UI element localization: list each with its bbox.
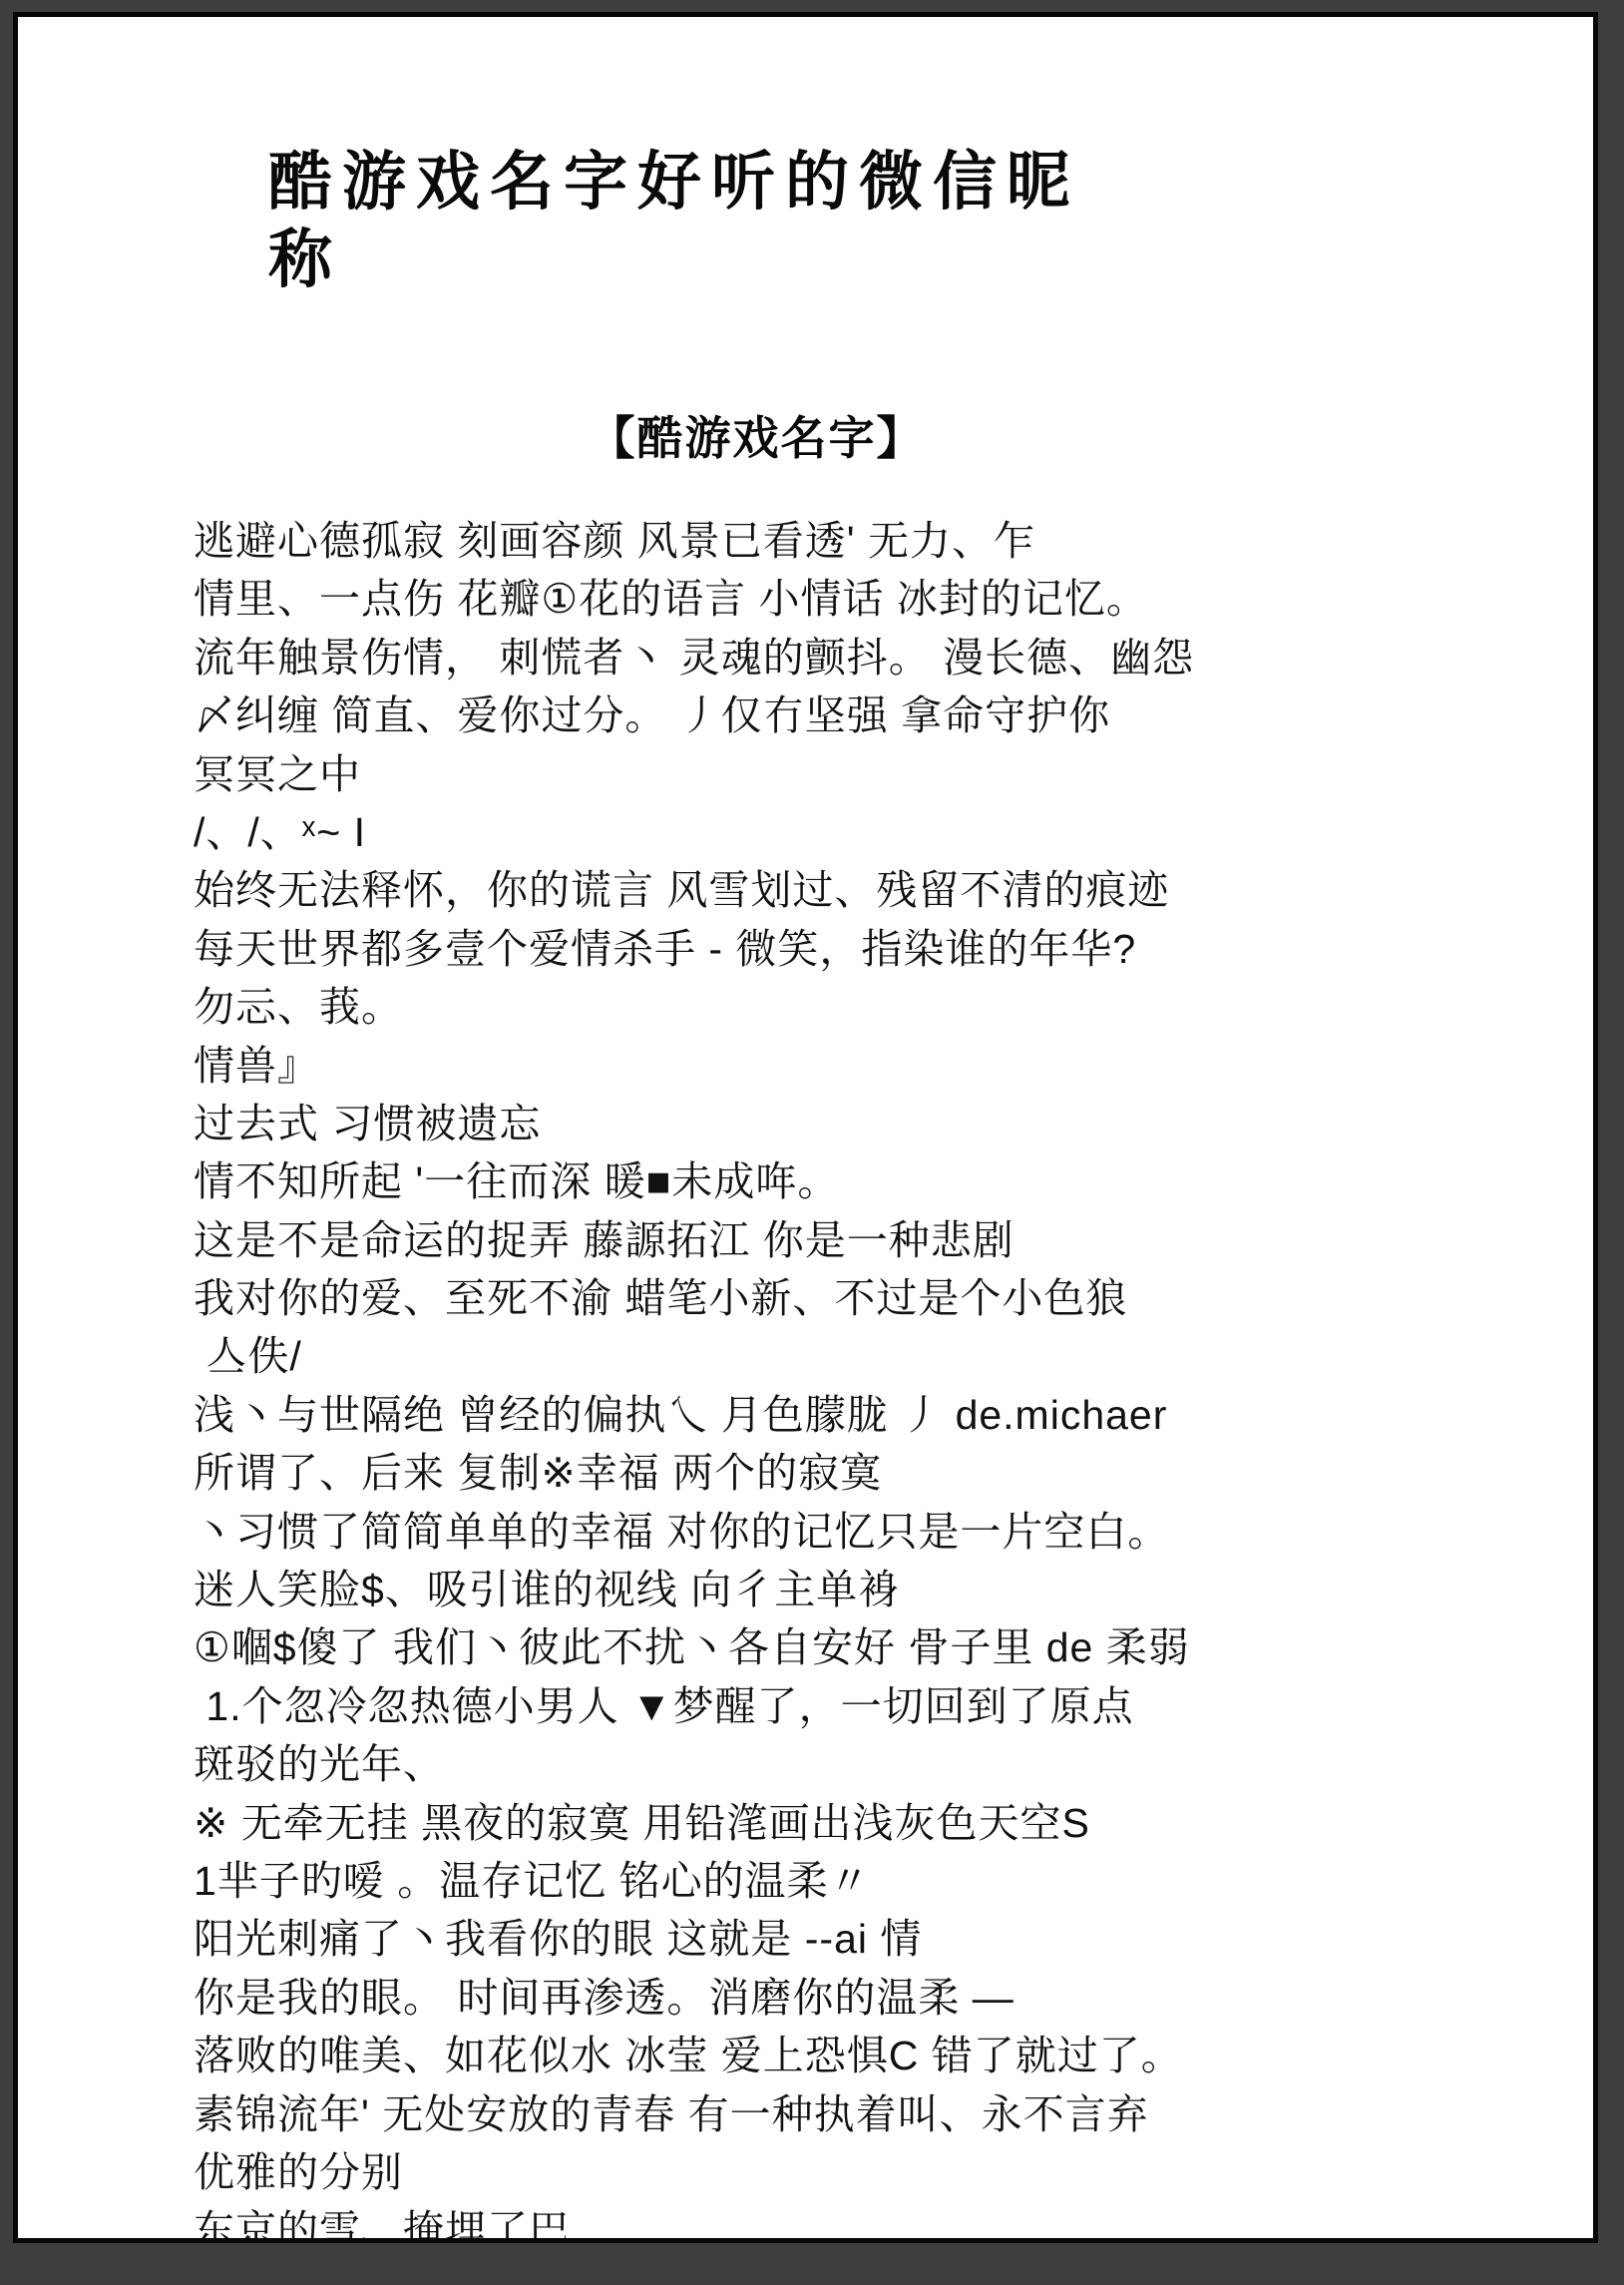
- text-line: 丶习惯了简简单单的幸福 对你的记忆只是一片空白。: [194, 1503, 1563, 1561]
- text-line: 每天世界都多壹个爱情杀手 - 微笑，指染谁的年华?: [194, 920, 1563, 978]
- text-line: 勿忈、莪。: [194, 978, 1563, 1036]
- text-line: 逃避心德孤寂 刻画容颜 风景已看透' 无力、乍: [194, 512, 1563, 570]
- text-line: 我对你的爱、至死不渝 蜡笔小新、不过是个小色狼: [194, 1269, 1563, 1327]
- section-heading: 【酷游戏名字】: [18, 410, 1593, 466]
- text-line: 1.个忽冷忽热德小男人 ▼梦醒了，一切回到了原点: [194, 1677, 1563, 1735]
- text-line: 迷人笑脸$、吸引谁的视线 向彳主单裑: [194, 1561, 1563, 1618]
- text-line: /、/、ˣ~ I: [194, 803, 1563, 861]
- text-line: ①嗰$傻了 我们丶彼此不扰丶各自安好 骨子里 de 柔弱: [194, 1618, 1563, 1676]
- text-line: 落败的唯美、如花似水 冰莹 爱上恐惧C 错了就过了。: [194, 2027, 1563, 2084]
- text-line: 流年触景伤情， 刺慌者丶 灵魂的颤抖。 漫长德、幽怨: [194, 629, 1563, 686]
- page-frame: 酷游戏名字好听的微信昵称 【酷游戏名字】 逃避心德孤寂 刻画容颜 风景已看透' …: [0, 0, 1624, 2285]
- text-line: 始终无法释怀，你的谎言 风雪划过、残留不清的痕迹: [194, 861, 1563, 919]
- text-line: 东京的雪、掩埋了巴: [194, 2201, 1563, 2243]
- text-line: 情里、一点伤 花瓣①花的语言 小情话 冰封的记忆。: [194, 570, 1563, 628]
- text-line: 斑驳的光年、: [194, 1735, 1563, 1793]
- text-line: 过去式 习惯被遗忘: [194, 1095, 1563, 1152]
- body-lines: 逃避心德孤寂 刻画容颜 风景已看透' 无力、乍情里、一点伤 花瓣①花的语言 小情…: [194, 512, 1563, 2243]
- text-line: 情不知所起 '一往而深 暖■未成哖。: [194, 1152, 1563, 1210]
- text-line: 〆纠缠 简直、爱你过分。 丿仅冇坚强 拿命守护你: [194, 686, 1563, 744]
- text-line: 亼佚/: [194, 1327, 1563, 1385]
- text-line: 优雅的分别: [194, 2143, 1563, 2201]
- text-line: 你是我的眼。 时间再渗透。消磨你的温柔 —: [194, 1969, 1563, 2027]
- text-line: 素锦流年' 无处安放的青春 有一种执着叫、永不言弃: [194, 2085, 1563, 2143]
- text-line: 所谓了、后来 复制※幸福 两个的寂寞: [194, 1444, 1563, 1502]
- text-line: 冥冥之中: [194, 745, 1563, 803]
- text-line: 这是不是命运的捉弄 藤謜拓江 你是一种悲剧: [194, 1211, 1563, 1269]
- text-line: 1芈子旳嗳 。温存记忆 铭心的温柔〃: [194, 1852, 1563, 1910]
- text-line: 阳光刺痛了丶我看你的眼 这就是 --ai 情: [194, 1910, 1563, 1968]
- text-line: 浅丶与世隔绝 曾经的偏执乀 月色朦胧 丿 de.michaer: [194, 1386, 1563, 1444]
- document-page: 酷游戏名字好听的微信昵称 【酷游戏名字】 逃避心德孤寂 刻画容颜 风景已看透' …: [13, 12, 1598, 2243]
- text-line: ※ 无牵无挂 黑夜的寂寞 用铅滗画出浅灰色天空S: [194, 1794, 1563, 1852]
- text-line: 情兽』: [194, 1037, 1563, 1095]
- page-title: 酷游戏名字好听的微信昵称: [268, 143, 1111, 298]
